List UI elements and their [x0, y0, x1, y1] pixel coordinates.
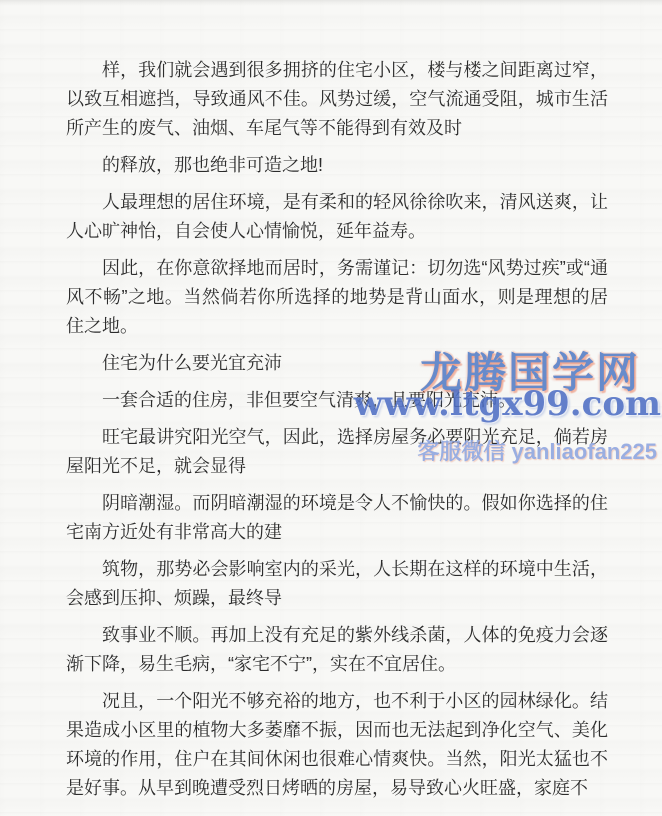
paragraph: 的释放，那也绝非可造之地! — [66, 151, 608, 180]
paragraph: 筑物，那势必会影响室内的采光，人长期在这样的环境中生活，会感到压抑、烦躁，最终导 — [66, 555, 608, 613]
section-heading: 住宅为什么要光宜充沛 — [66, 349, 608, 378]
scanned-document-page: 样，我们就会遇到很多拥挤的住宅小区，楼与楼之间距离过窄，以致互相遮挡，导致通风不… — [0, 0, 662, 816]
paragraph: 一套合适的住房，非但要空气清爽，且要阳光充沛。 — [66, 386, 608, 415]
paragraph: 因此，在你意欲择地而居时，务需谨记：切勿选“风势过疾”或“通风不畅”之地。当然倘… — [66, 254, 608, 341]
paragraph: 况且，一个阳光不够充裕的地方，也不利于小区的园林绿化。结果造成小区里的植物大多萎… — [66, 687, 608, 803]
paragraph: 致事业不顺。再加上没有充足的紫外线杀菌，人体的免疫力会逐渐下降，易生毛病，“家宅… — [66, 621, 608, 679]
paragraph: 样，我们就会遇到很多拥挤的住宅小区，楼与楼之间距离过窄，以致互相遮挡，导致通风不… — [66, 56, 608, 143]
paragraph: 阴暗潮湿。而阴暗潮湿的环境是令人不愉快的。假如你选择的住宅南方近处有非常高大的建 — [66, 489, 608, 547]
body-text: 样，我们就会遇到很多拥挤的住宅小区，楼与楼之间距离过窄，以致互相遮挡，导致通风不… — [66, 56, 608, 811]
paragraph: 人最理想的居住环境，是有柔和的轻风徐徐吹来，清风送爽，让人心旷神怡，自会使人心情… — [66, 188, 608, 246]
paragraph: 旺宅最讲究阳光空气，因此，选择房屋务必要阳光充足，倘若房屋阳光不足，就会显得 — [66, 423, 608, 481]
